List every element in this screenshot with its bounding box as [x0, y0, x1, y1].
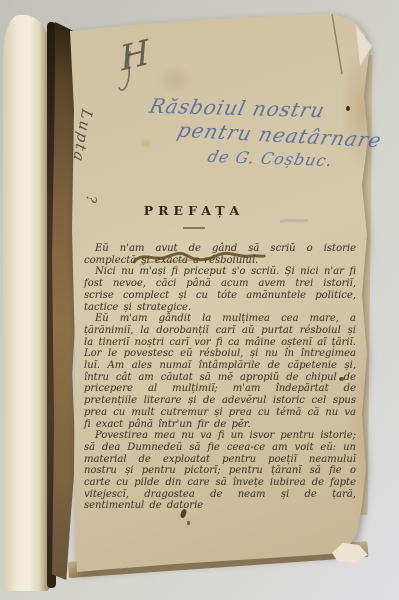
stain-speck [187, 521, 190, 525]
heading-divider [183, 227, 205, 229]
page-heading: PREFAȚA [84, 203, 304, 218]
book-photo: H Lupta ? Răsboiul nostru pentru neatârn… [0, 0, 399, 600]
paragraph: Eŭ n'am avut de gând să scriŭ o istorie … [84, 243, 356, 266]
heading-block: PREFAȚA [84, 203, 304, 229]
paragraph: Nici nu m'ași fi priceput s'o scriŭ. Și … [84, 266, 356, 313]
paragraph: Eŭ m'am gândit la mulțimea cea mare, a ț… [84, 313, 356, 430]
handwritten-title-line1: Răsboiul nostru [147, 94, 327, 122]
pencil-question-mark: ? [82, 195, 99, 204]
preface-text: Eŭ n'am avut de gând să scriŭ o istorie … [84, 243, 356, 512]
paragraph: Povestirea mea nu va fi un isvor pentru … [84, 430, 356, 512]
stain-speck [346, 106, 350, 111]
pencil-monogram: H [118, 32, 151, 79]
